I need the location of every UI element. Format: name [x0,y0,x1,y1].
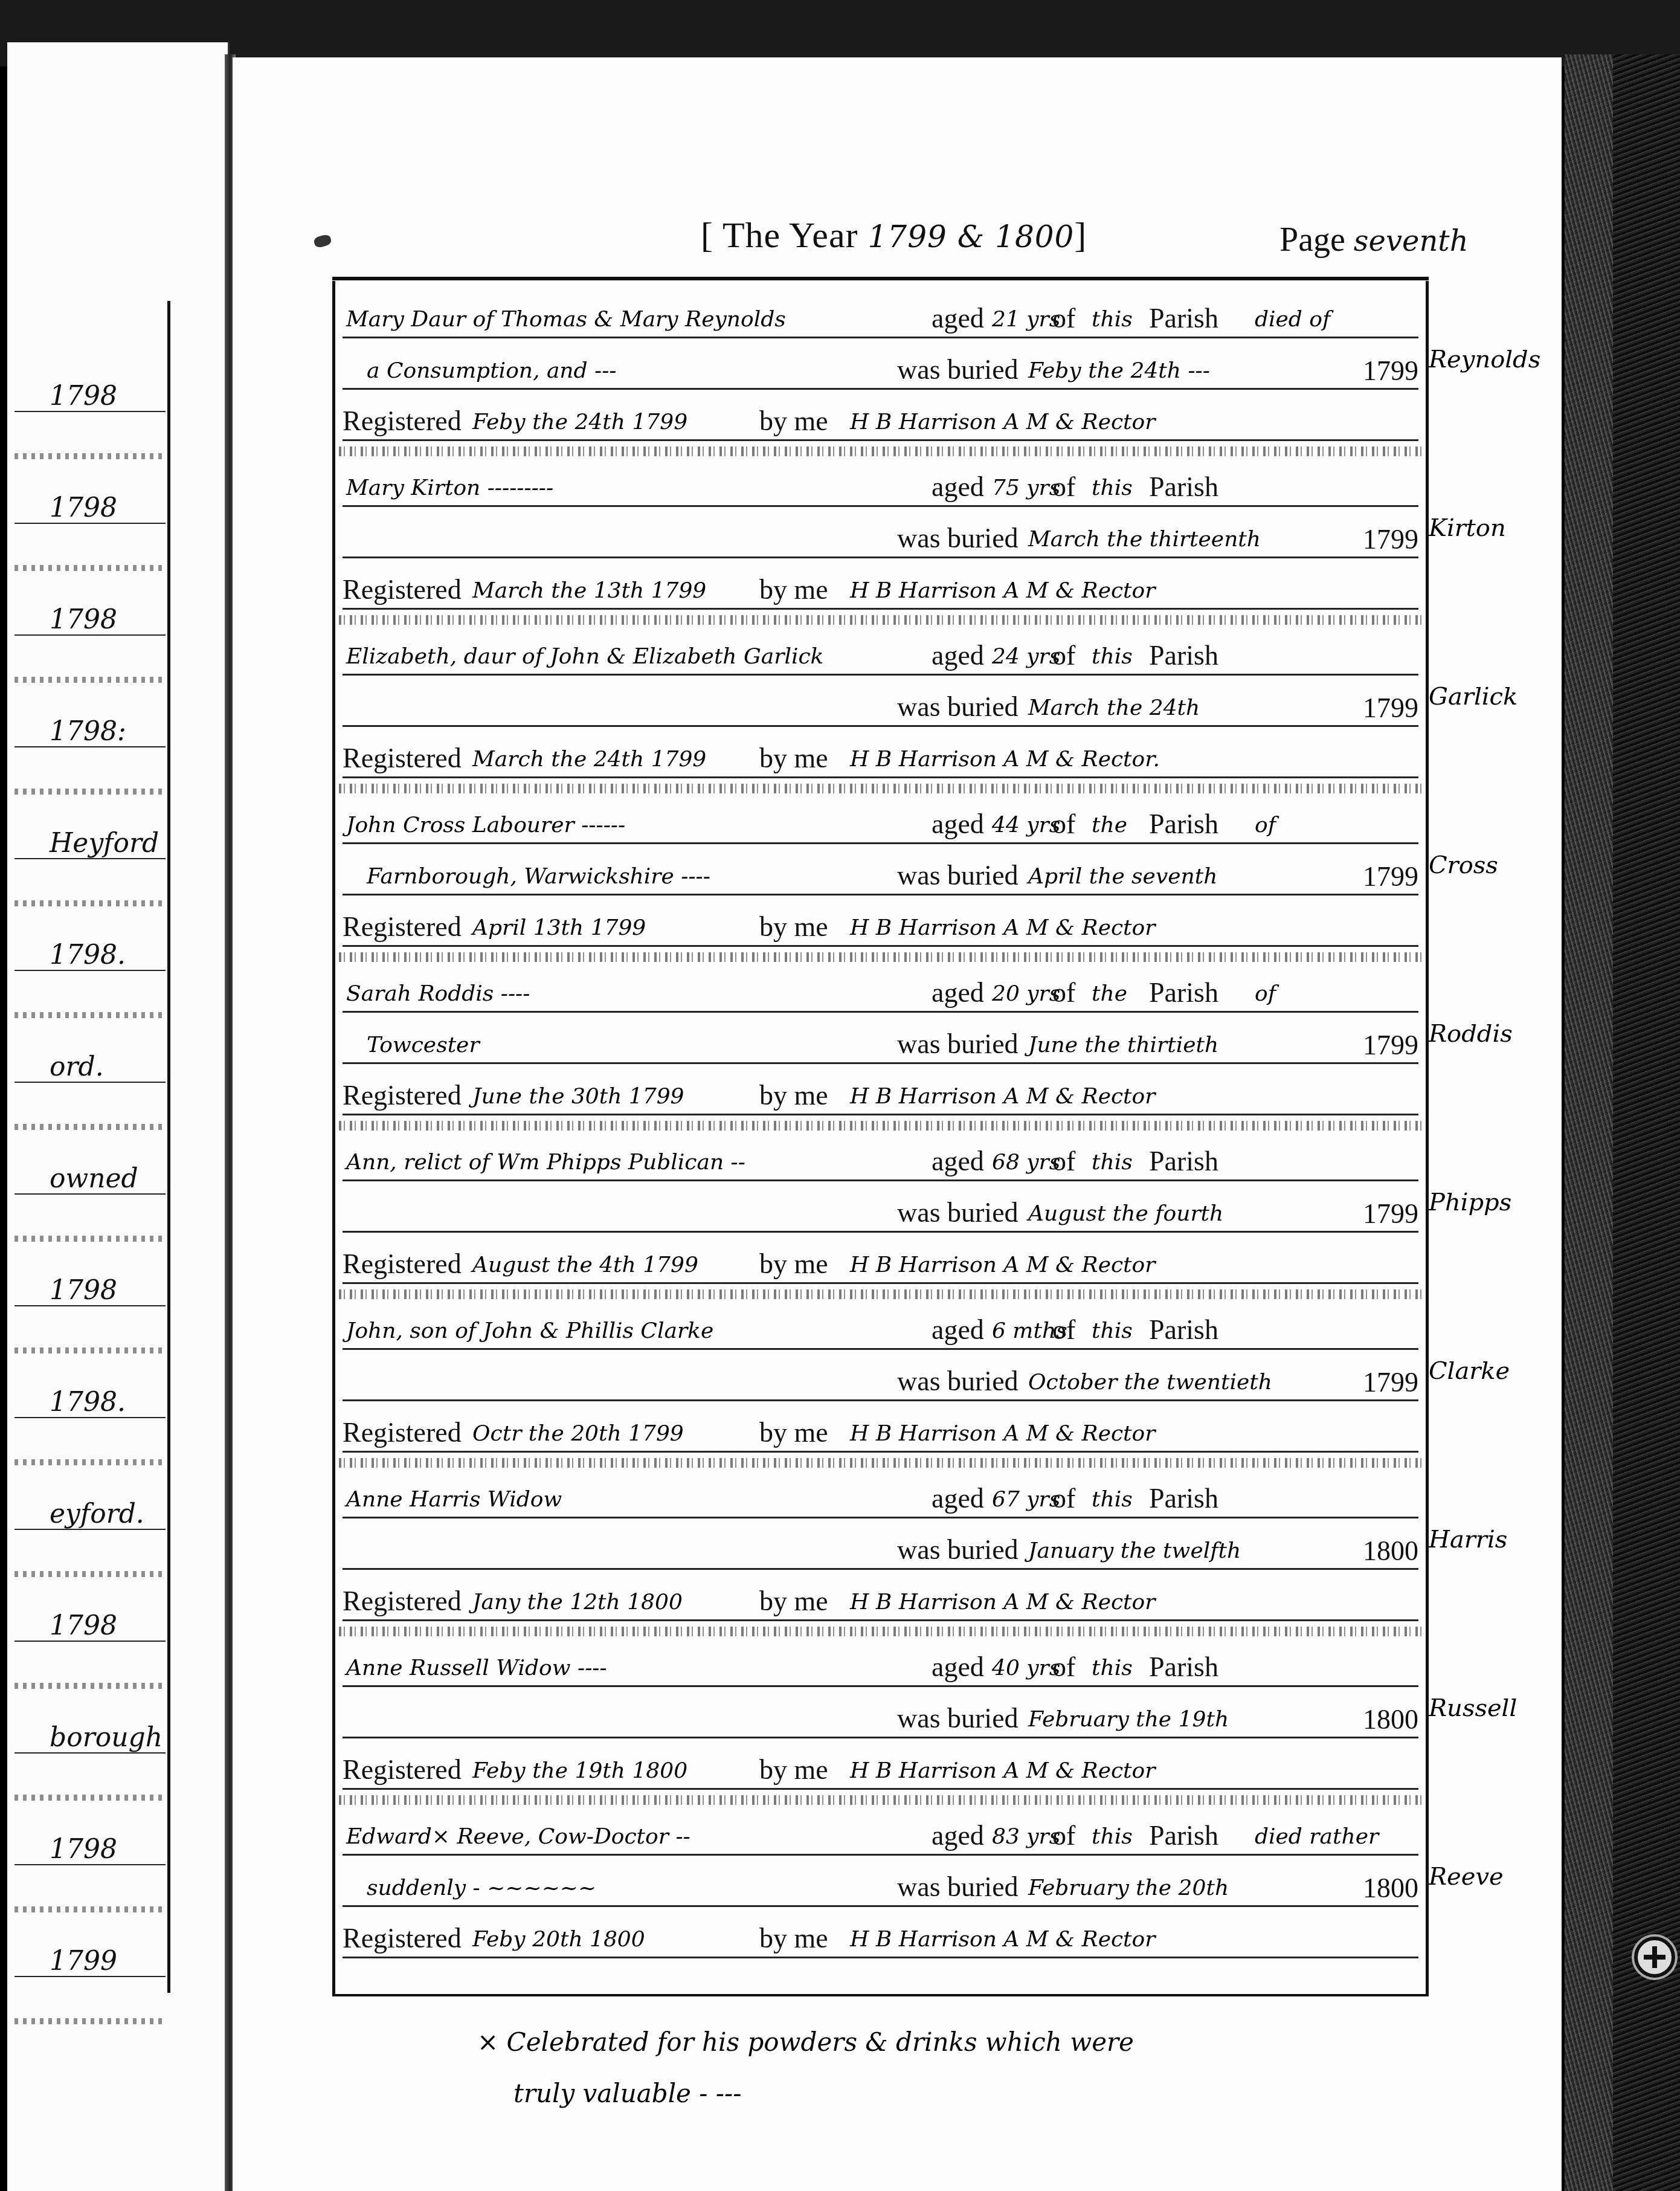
registered-label: Registered [343,1079,462,1111]
left-page-ornament [14,1459,166,1465]
entry-line-burial: was buried February the 19th 1800 [343,1694,1418,1738]
registered-label: Registered [343,1754,462,1786]
burial-date: March the thirteenth [1028,527,1261,552]
left-page-ornament [14,565,166,571]
ornamental-divider [339,1121,1422,1131]
deceased-name: Elizabeth, daur of John & Elizabeth Garl… [346,644,823,669]
deceased-name: John, son of John & Phillis Clarke [346,1318,713,1343]
left-page-ornament [14,900,166,906]
registered-date: March the 24th 1799 [472,747,706,772]
entry-second-line: Farnborough, Warwickshire ---- [367,864,710,889]
registrar-signature: H B Harrison A M & Rector. [850,747,1160,772]
ornamental-divider [339,784,1422,793]
left-page-ornament [14,1906,166,1912]
age-value: 20 yrs [992,981,1060,1006]
burial-date: June the thirtieth [1028,1033,1218,1057]
parish-qualifier: the [1092,813,1127,837]
entry-line-registered: Registered Jany the 12th 1800 by me H B … [343,1577,1418,1621]
of-label: of [1052,976,1075,1008]
of-label: of [1052,1651,1075,1683]
deceased-name: John Cross Labourer ------ [346,813,625,837]
margin-surname: Kirton [1429,514,1506,542]
deceased-name: Mary Kirton --------- [346,476,553,500]
entry-line-burial: was buried January the twelfth 1800 [343,1526,1418,1570]
deceased-name: Anne Russell Widow ---- [346,1656,607,1680]
left-page-ornament [14,1571,166,1577]
by-me-label: by me [759,1416,828,1448]
parish-label: Parish [1149,302,1218,334]
margin-surname: Reynolds [1429,346,1540,373]
registered-label: Registered [343,405,462,437]
burial-entry: Mary Daur of Thomas & Mary Reynolds aged… [335,288,1426,457]
entry-line-registered: Registered April 13th 1799 by me H B Har… [343,903,1418,947]
margin-surname: Harris [1429,1526,1507,1554]
entry-line-name: Mary Daur of Thomas & Mary Reynolds aged… [343,294,1418,338]
parish-label: Parish [1149,1819,1218,1851]
entry-second-line: suddenly - ~~~~~~ [367,1876,596,1900]
left-page-fragment: 1798 [50,1610,117,1641]
parish-label: Parish [1149,1482,1218,1514]
deceased-name: Ann, relict of Wm Phipps Publican -- [346,1150,745,1175]
aged-label: aged [932,1651,984,1683]
was-buried-label: was buried [897,1028,1019,1060]
was-buried-label: was buried [897,691,1019,723]
aged-label: aged [932,1314,984,1346]
parish-label: Parish [1149,976,1218,1008]
age-value: 83 yrs [992,1824,1060,1849]
parish-qualifier: the [1092,981,1127,1006]
left-page-ornament [14,1124,166,1130]
left-page-fragment: 1798 [50,492,117,523]
burial-date: Feby the 24th --- [1028,358,1210,383]
burial-entry: Anne Russell Widow ---- aged 40 yrs of t… [335,1637,1426,1806]
parish-qualifier: this [1092,307,1133,332]
of-label: of [1052,1819,1075,1851]
left-page-ornament [14,1347,166,1354]
entry-line-name: Anne Harris Widow aged 67 yrs of this Pa… [343,1474,1418,1518]
registered-date: Octr the 20th 1799 [472,1421,684,1446]
aged-label: aged [932,302,984,334]
burial-entry: Edward× Reeve, Cow-Doctor -- aged 83 yrs… [335,1805,1426,1975]
header-year: 1799 & 1800 [868,219,1075,254]
parish-label: Parish [1149,1314,1218,1346]
left-page-fragment: 1798 [50,381,117,411]
registered-label: Registered [343,573,462,605]
burial-date: February the 20th [1028,1876,1229,1900]
was-buried-label: was buried [897,522,1019,554]
registrar-signature: H B Harrison A M & Rector [850,1253,1155,1277]
by-me-label: by me [759,1585,828,1617]
deceased-name: Edward× Reeve, Cow-Doctor -- [346,1824,690,1849]
parish-label: Parish [1149,1651,1218,1683]
by-me-label: by me [759,742,828,774]
page-number: Page seventh [1279,221,1469,259]
left-page-fragment: 1798: [50,716,126,747]
burial-year: 1800 [1363,1535,1418,1567]
ornamental-divider [339,1458,1422,1468]
burial-entry: Anne Harris Widow aged 67 yrs of this Pa… [335,1468,1426,1638]
left-page-ornament [14,789,166,795]
margin-surname: Cross [1429,851,1498,879]
entry-line-name: Anne Russell Widow ---- aged 40 yrs of t… [343,1643,1418,1687]
aged-label: aged [932,1482,984,1514]
left-page-ornament [14,1236,166,1242]
parish-note: died rather [1255,1824,1379,1849]
entry-line-name: Elizabeth, daur of John & Elizabeth Garl… [343,631,1418,676]
burial-entry: Elizabeth, daur of John & Elizabeth Garl… [335,625,1426,795]
age-value: 40 yrs [992,1656,1060,1680]
burial-year: 1799 [1363,1198,1418,1230]
age-value: 68 yrs [992,1150,1060,1175]
page-number-value: seventh [1354,224,1469,258]
was-buried-label: was buried [897,1702,1019,1734]
by-me-label: by me [759,1079,828,1111]
registered-date: Feby the 24th 1799 [472,410,687,434]
burial-entry: John, son of John & Phillis Clarke aged … [335,1300,1426,1469]
entry-line-registered: Registered August the 4th 1799 by me H B… [343,1240,1418,1284]
left-facing-page: 1798179817981798:Heyford1798.ord.owned17… [7,42,230,2191]
burial-year: 1799 [1363,692,1418,724]
registrar-signature: H B Harrison A M & Rector [850,410,1155,434]
left-page-ornament [14,453,166,459]
burial-date: August the fourth [1028,1201,1223,1226]
entry-line-registered: Registered June the 30th 1799 by me H B … [343,1071,1418,1115]
of-label: of [1052,808,1075,840]
registrar-signature: H B Harrison A M & Rector [850,915,1155,940]
burial-register-table: Mary Daur of Thomas & Mary Reynolds aged… [332,281,1429,1996]
registrar-signature: H B Harrison A M & Rector [850,1590,1155,1615]
left-page-fragment: 1798 [50,604,117,635]
was-buried-label: was buried [897,1196,1019,1228]
entry-line-name: Edward× Reeve, Cow-Doctor -- aged 83 yrs… [343,1812,1418,1856]
parish-qualifier: this [1092,1150,1133,1175]
by-me-label: by me [759,911,828,943]
header-prefix: [ The Year [701,215,858,255]
entry-line-registered: Registered Feby the 19th 1800 by me H B … [343,1746,1418,1790]
registrar-signature: H B Harrison A M & Rector [850,1084,1155,1109]
page-header: [ The Year 1799 & 1800] [701,215,1087,256]
screw-icon [1634,1937,1675,1978]
entry-second-line: a Consumption, and --- [367,358,617,383]
registered-date: Feby 20th 1800 [472,1927,645,1952]
entry-second-line: Towcester [367,1033,480,1057]
left-page-fragment: eyford. [50,1499,144,1529]
by-me-label: by me [759,573,828,605]
burial-entry: John Cross Labourer ------ aged 44 yrs o… [335,794,1426,963]
margin-surname: Garlick [1429,683,1517,711]
registered-label: Registered [343,1416,462,1448]
parish-qualifier: this [1092,1318,1133,1343]
age-value: 24 yrs [992,644,1060,669]
age-value: 67 yrs [992,1487,1060,1512]
burial-year: 1799 [1363,860,1418,892]
entry-line-burial: Towcester was buried June the thirtieth … [343,1020,1418,1064]
by-me-label: by me [759,1754,828,1786]
entry-line-name: John Cross Labourer ------ aged 44 yrs o… [343,800,1418,844]
registered-label: Registered [343,1585,462,1617]
registrar-signature: H B Harrison A M & Rector [850,1421,1155,1446]
left-page-ornament [14,1683,166,1689]
deceased-name: Mary Daur of Thomas & Mary Reynolds [346,307,786,332]
footnote-line-1: × Celebrated for his powders & drinks wh… [477,2027,1134,2057]
burial-entry: Sarah Roddis ---- aged 20 yrs of the Par… [335,963,1426,1132]
entry-line-burial: suddenly - ~~~~~~ was buried February th… [343,1863,1418,1907]
entry-line-registered: Registered March the 13th 1799 by me H B… [343,566,1418,610]
registered-date: April 13th 1799 [472,915,646,940]
was-buried-label: was buried [897,859,1019,891]
left-page-fragment: 1799 [50,1946,117,1976]
burial-year: 1799 [1363,1029,1418,1061]
parish-label: Parish [1149,471,1218,503]
left-page-fragment: 1798 [50,1275,117,1306]
ornamental-divider [339,1289,1422,1299]
parish-note: of [1255,981,1276,1006]
parish-note: died of [1255,307,1330,332]
was-buried-label: was buried [897,1534,1019,1566]
deceased-name: Sarah Roddis ---- [346,981,530,1006]
left-page-ornament [14,2018,166,2024]
entry-line-registered: Registered Feby the 24th 1799 by me H B … [343,397,1418,441]
parish-label: Parish [1149,1145,1218,1177]
left-page-fragment: owned [50,1163,138,1194]
entry-line-burial: was buried August the fourth 1799 [343,1189,1418,1233]
of-label: of [1052,1482,1075,1514]
burial-date: April the seventh [1028,864,1217,889]
entry-line-name: John, son of John & Phillis Clarke aged … [343,1306,1418,1350]
burial-date: February the 19th [1028,1707,1229,1732]
burial-date: October the twentieth [1028,1370,1272,1395]
parish-qualifier: this [1092,476,1133,500]
was-buried-label: was buried [897,353,1019,386]
book-cover-edge [1565,54,1680,2191]
entry-line-burial: was buried March the thirteenth 1799 [343,514,1418,558]
left-page-fragment: 1798. [50,1387,126,1418]
parish-label: Parish [1149,639,1218,671]
burial-entry: Ann, relict of Wm Phipps Publican -- age… [335,1131,1426,1300]
entry-line-name: Ann, relict of Wm Phipps Publican -- age… [343,1137,1418,1181]
entry-line-burial: was buried March the 24th 1799 [343,683,1418,727]
registered-label: Registered [343,1248,462,1280]
was-buried-label: was buried [897,1871,1019,1903]
ornamental-divider [339,615,1422,625]
age-value: 75 yrs [992,476,1060,500]
parish-note: of [1255,813,1276,837]
of-label: of [1052,471,1075,503]
margin-surname: Clarke [1429,1357,1510,1385]
entry-line-burial: a Consumption, and --- was buried Feby t… [343,346,1418,390]
register-top-rule [332,277,1429,280]
burial-year: 1799 [1363,523,1418,555]
ornamental-divider [339,1795,1422,1805]
aged-label: aged [932,808,984,840]
by-me-label: by me [759,405,828,437]
entry-line-burial: Farnborough, Warwickshire ---- was burie… [343,851,1418,895]
footnote-line-2: truly valuable - --- [513,2079,741,2108]
burial-entry: Mary Kirton --------- aged 75 yrs of thi… [335,457,1426,626]
ornamental-divider [339,447,1422,456]
age-value: 21 yrs [992,307,1060,332]
by-me-label: by me [759,1248,828,1280]
entry-line-burial: was buried October the twentieth 1799 [343,1357,1418,1401]
registrar-signature: H B Harrison A M & Rector [850,1758,1155,1783]
of-label: of [1052,639,1075,671]
by-me-label: by me [759,1922,828,1954]
margin-surname: Roddis [1429,1020,1513,1048]
registered-date: March the 13th 1799 [472,578,706,603]
parish-label: Parish [1149,808,1218,840]
of-label: of [1052,302,1075,334]
parish-qualifier: this [1092,1656,1133,1680]
entry-line-registered: Registered March the 24th 1799 by me H B… [343,734,1418,778]
aged-label: aged [932,1145,984,1177]
margin-surname: Reeve [1429,1863,1504,1891]
left-page-ornament [14,1012,166,1018]
aged-label: aged [932,1819,984,1851]
deceased-name: Anne Harris Widow [346,1487,562,1512]
registrar-signature: H B Harrison A M & Rector [850,1927,1155,1952]
entry-line-registered: Registered Feby 20th 1800 by me H B Harr… [343,1914,1418,1958]
ornamental-divider [339,952,1422,962]
left-page-fragment: ord. [50,1051,104,1082]
parish-qualifier: this [1092,1487,1133,1512]
left-page-fragment: 1798. [50,940,126,970]
age-value: 44 yrs [992,813,1060,837]
burial-year: 1800 [1363,1872,1418,1904]
burial-year: 1800 [1363,1703,1418,1735]
aged-label: aged [932,639,984,671]
left-page-fragment: borough [50,1722,163,1753]
parish-qualifier: this [1092,644,1133,669]
book-top-edge [0,0,1680,66]
left-page-ornament [14,677,166,683]
header-suffix: ] [1074,215,1087,255]
left-page-ornament [14,1795,166,1801]
registered-label: Registered [343,742,462,774]
entry-line-name: Mary Kirton --------- aged 75 yrs of thi… [343,463,1418,507]
registrar-signature: H B Harrison A M & Rector [850,578,1155,603]
margin-surname: Russell [1429,1694,1517,1722]
burial-date: March the 24th [1028,695,1200,720]
burial-year: 1799 [1363,1366,1418,1398]
aged-label: aged [932,976,984,1008]
margin-surname: Phipps [1429,1189,1511,1216]
page-label: Page [1279,221,1345,259]
registered-label: Registered [343,1922,462,1954]
ornamental-divider [339,1627,1422,1636]
was-buried-label: was buried [897,1365,1019,1397]
burial-year: 1799 [1363,355,1418,387]
left-page-fragment: Heyford [50,828,159,859]
registered-date: Jany the 12th 1800 [472,1590,683,1615]
of-label: of [1052,1145,1075,1177]
registered-date: August the 4th 1799 [472,1253,698,1277]
burial-date: January the twelfth [1028,1538,1241,1563]
aged-label: aged [932,471,984,503]
registered-date: June the 30th 1799 [472,1084,684,1109]
entry-line-name: Sarah Roddis ---- aged 20 yrs of the Par… [343,969,1418,1013]
left-page-fragment: 1798 [50,1834,117,1865]
entry-line-registered: Registered Octr the 20th 1799 by me H B … [343,1408,1418,1453]
of-label: of [1052,1314,1075,1346]
parish-qualifier: this [1092,1824,1133,1849]
registered-label: Registered [343,911,462,943]
registered-date: Feby the 19th 1800 [472,1758,687,1783]
